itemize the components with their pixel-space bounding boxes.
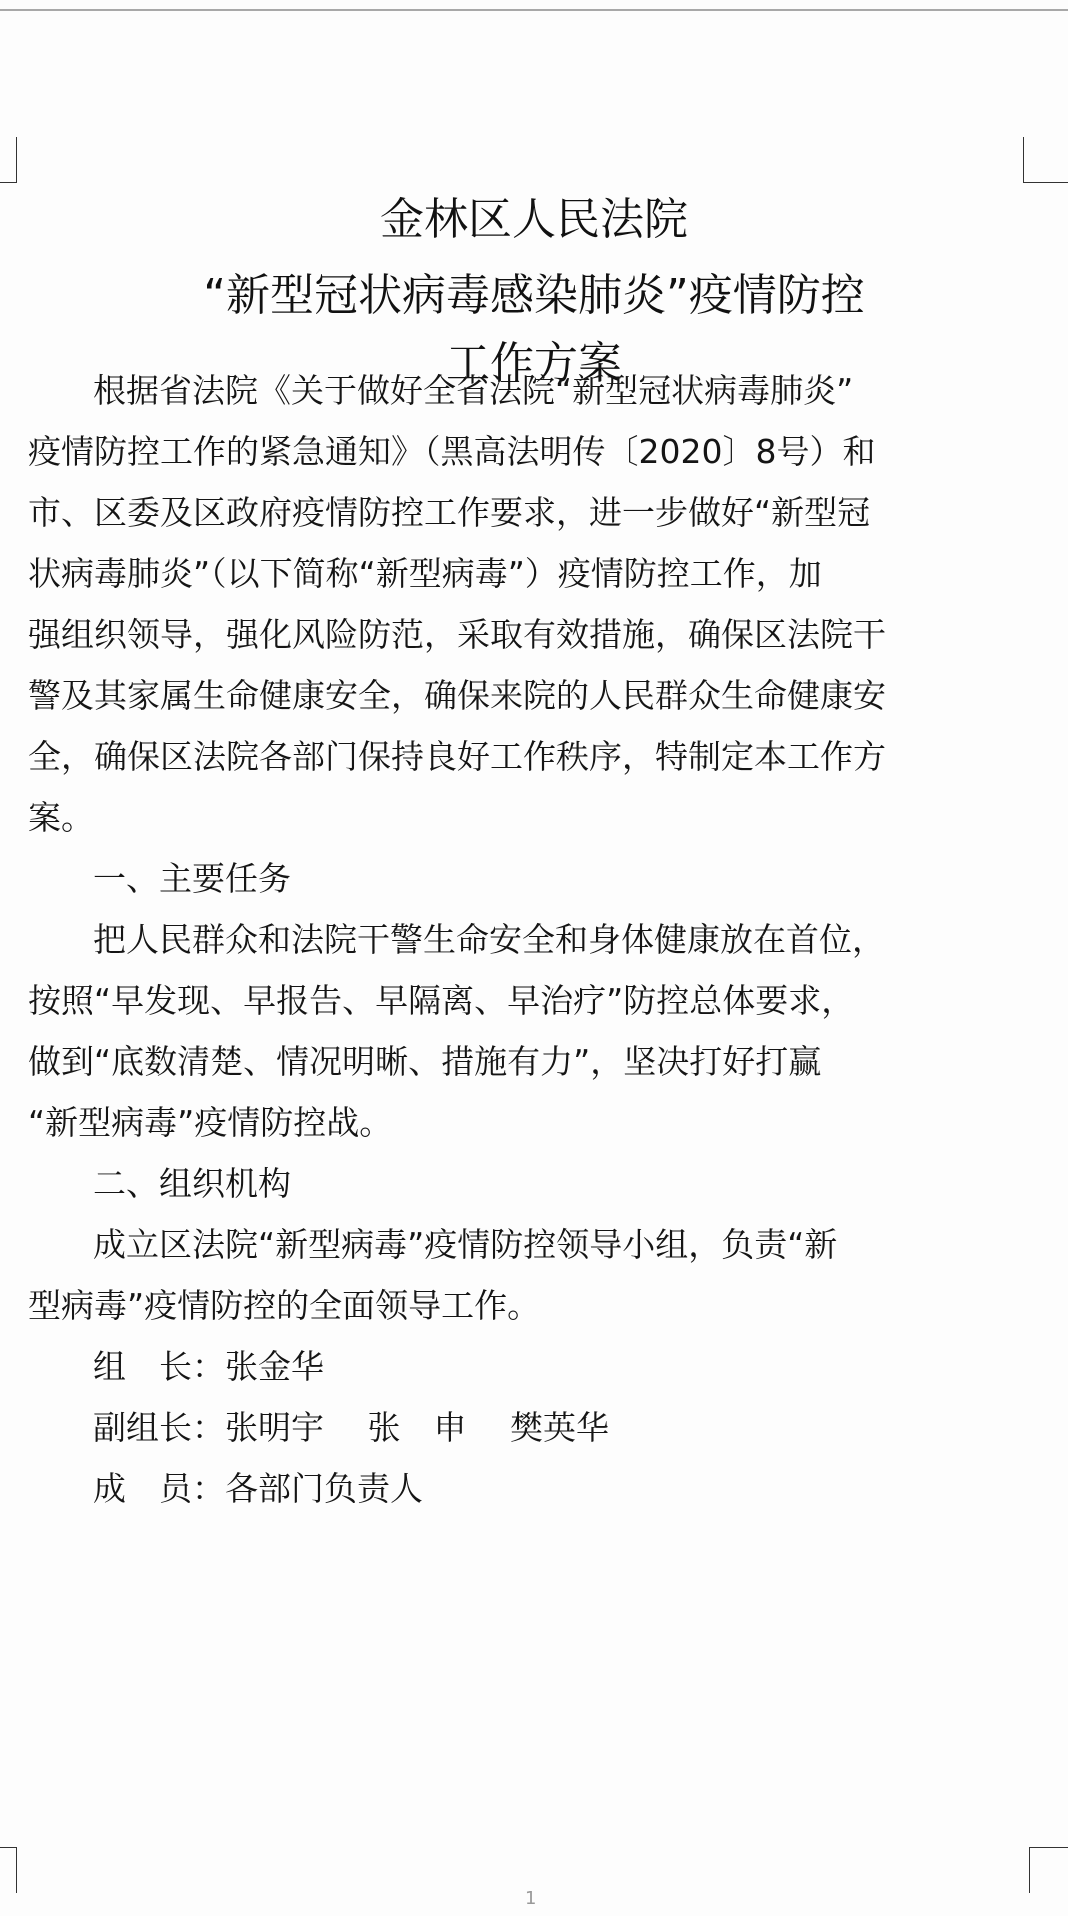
intro-line: 状病毒肺炎”（以下简称“新型病毒”）疫情防控工作，加	[28, 554, 822, 594]
section2-line: 成立区法院“新型病毒”疫情防控领导小组，负责“新	[93, 1225, 837, 1265]
intro-line: 市、区委及区政府疫情防控工作要求，进一步做好“新型冠	[28, 493, 870, 533]
section1-line: 把人民群众和法院干警生命安全和身体健康放在首位，	[93, 920, 885, 960]
document-title-line-2: “新型冠状病毒感染肺炎”疫情防控	[0, 266, 1068, 326]
intro-line: 全，确保区法院各部门保持良好工作秩序，特制定本工作方	[28, 737, 886, 777]
document-title-line-1: 金林区人民法院	[0, 190, 1068, 250]
section2-line: 型病毒”疫情防控的全面领导工作。	[28, 1286, 540, 1326]
section-heading-organization: 二、组织机构	[93, 1164, 291, 1204]
section1-line: 做到“底数清楚、情况明晰、措施有力”，坚决打好打赢	[28, 1042, 821, 1082]
intro-line: 根据省法院《关于做好全省法院“新型冠状病毒肺炎”	[93, 371, 853, 411]
member-deputy-leaders: 副组长：张明宇 张 申 樊英华	[93, 1408, 609, 1448]
top-divider	[0, 9, 1068, 11]
section1-line: 按照“早发现、早报告、早隔离、早治疗”防控总体要求，	[28, 981, 854, 1021]
crop-mark-bottom-right	[1029, 1847, 1068, 1893]
intro-line: 疫情防控工作的紧急通知》（黑高法明传〔2020〕8号）和	[28, 432, 875, 472]
crop-mark-top-right	[1023, 137, 1068, 183]
page-number: 1	[525, 1888, 536, 1909]
section-heading-main-tasks: 一、主要任务	[93, 859, 291, 899]
intro-line: 强组织领导，强化风险防范，采取有效措施，确保区法院干	[28, 615, 886, 655]
crop-mark-bottom-left	[0, 1847, 17, 1893]
intro-line: 案。	[28, 798, 94, 838]
member-leader: 组 长：张金华	[93, 1347, 324, 1387]
section1-line: “新型病毒”疫情防控战。	[28, 1103, 392, 1143]
intro-line: 警及其家属生命健康安全，确保来院的人民群众生命健康安	[28, 676, 886, 716]
member-members: 成 员：各部门负责人	[93, 1469, 423, 1509]
crop-mark-top-left	[0, 137, 17, 183]
